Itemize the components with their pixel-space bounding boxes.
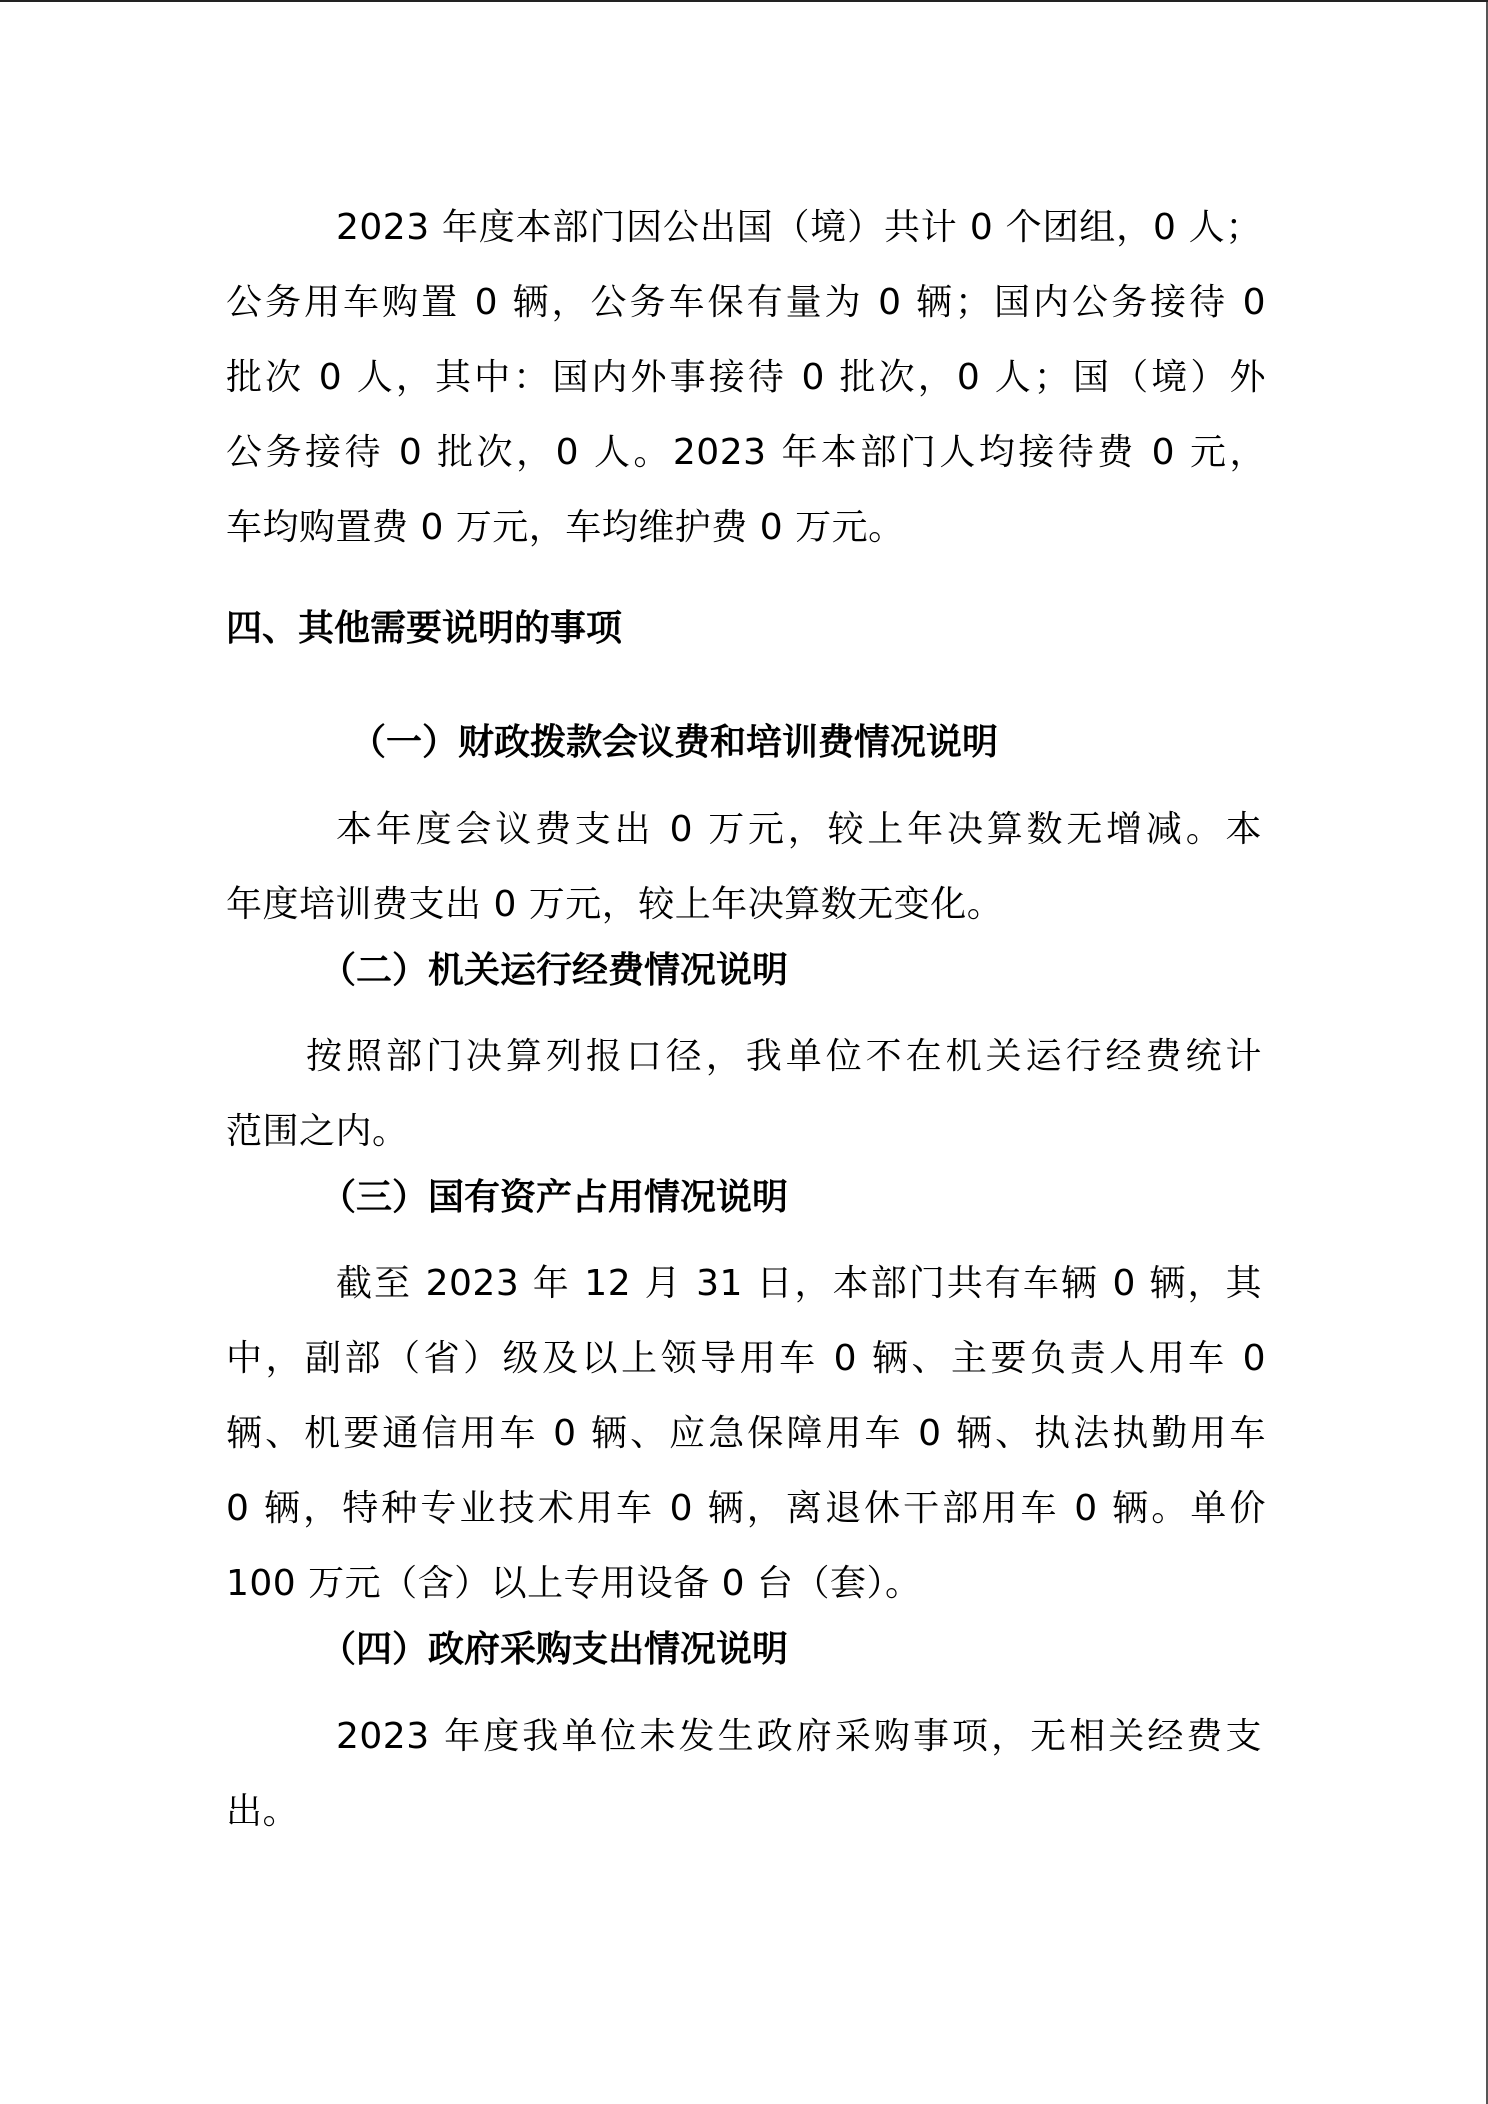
paragraph-line: 0 辆，特种专业技术用车 0 辆，离退休干部用车 0 辆。单价 [226, 1489, 1266, 1529]
paragraph-line: 2023 年度本部门因公出国（境）共计 0 个团组，0 人； [336, 208, 1262, 248]
paragraph-line: 100 万元（含）以上专用设备 0 台（套）。 [226, 1564, 1266, 1604]
paragraph-line: 公务接待 0 批次，0 人。2023 年本部门人均接待费 0 元， [226, 433, 1266, 473]
paragraph-line: 公务用车购置 0 辆，公务车保有量为 0 辆；国内公务接待 0 [226, 283, 1266, 323]
paragraph-line: 车均购置费 0 万元，车均维护费 0 万元。 [226, 508, 1266, 548]
subsection-heading: （二）机关运行经费情况说明 [320, 950, 788, 990]
paragraph-line: 本年度会议费支出 0 万元，较上年决算数无增减。本 [336, 810, 1262, 850]
section-heading: 四、其他需要说明的事项 [226, 608, 622, 648]
subsection-heading: （四）政府采购支出情况说明 [320, 1629, 788, 1669]
paragraph-line: 中，副部（省）级及以上领导用车 0 辆、主要负责人用车 0 [226, 1339, 1266, 1379]
paragraph-line: 年度培训费支出 0 万元，较上年决算数无变化。 [226, 885, 1266, 925]
subsection-heading: （三）国有资产占用情况说明 [320, 1177, 788, 1217]
paragraph-line: 范围之内。 [226, 1112, 1266, 1152]
paragraph-line: 截至 2023 年 12 月 31 日，本部门共有车辆 0 辆，其 [336, 1264, 1262, 1304]
paragraph-line: 出。 [226, 1792, 1266, 1832]
paragraph-line: 按照部门决算列报口径，我单位不在机关运行经费统计 [306, 1037, 1262, 1077]
paragraph-line: 批次 0 人，其中：国内外事接待 0 批次，0 人；国（境）外 [226, 358, 1266, 398]
paragraph-line: 2023 年度我单位未发生政府采购事项，无相关经费支 [336, 1717, 1262, 1757]
document-page: 2023 年度本部门因公出国（境）共计 0 个团组，0 人； 公务用车购置 0 … [0, 0, 1488, 2104]
paragraph-line: 辆、机要通信用车 0 辆、应急保障用车 0 辆、执法执勤用车 [226, 1414, 1266, 1454]
subsection-heading: （一）财政拨款会议费和培训费情况说明 [350, 722, 998, 762]
